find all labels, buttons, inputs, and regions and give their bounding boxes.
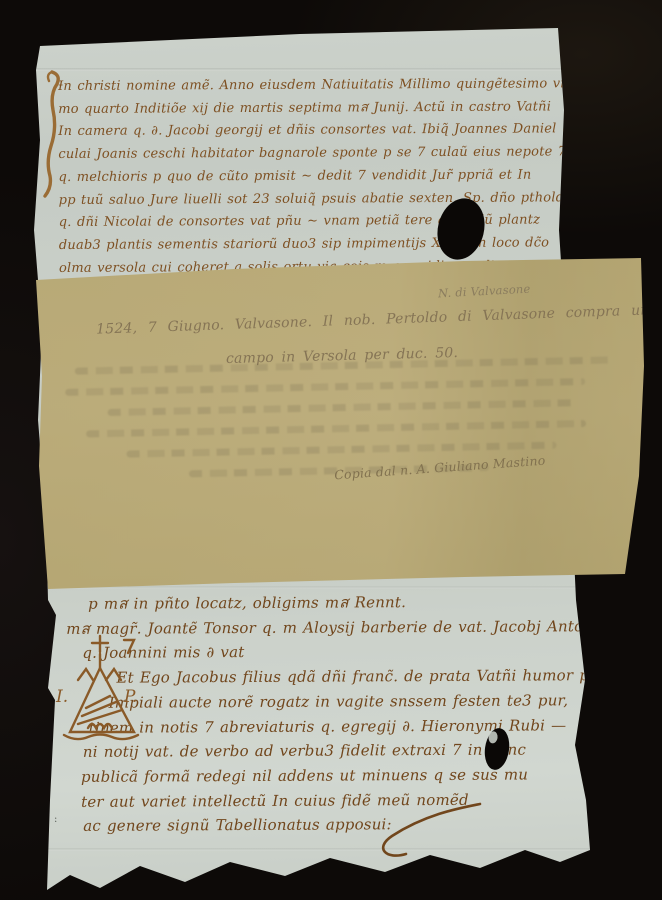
notary-sign-icon: I. P.	[54, 632, 146, 754]
manuscript-line: publicã formã redegi nil addens ut minue…	[53, 762, 617, 790]
manuscript-line: q. dñi Nicolai de consortes vat pñu ∼ vn…	[59, 209, 612, 235]
manuscript-line: Ɨn christi nomine amẽ. Anno eiusdem Nati…	[58, 73, 611, 99]
paper-crease	[30, 68, 592, 71]
manuscript-line: ac genere signũ Tabellionatus apposui:	[53, 811, 617, 839]
notary-initial-left: I.	[55, 687, 68, 707]
manuscript-line: In camera q. ∂. Jacobi georgij et dñis c…	[58, 119, 611, 145]
ghost-text-line	[65, 378, 585, 396]
manuscript-line: q. melchioris p quo de cũto pmisit ∼ ded…	[58, 164, 611, 190]
manuscript-line: pp tuũ saluo Jure liuelli sot 23 soluiq̃…	[59, 187, 612, 213]
notary-initial-right: P.	[123, 687, 137, 707]
slip-regesto-line1: 1524, 7 Giugno. Valvasone. Il nob. Perto…	[96, 302, 650, 337]
manuscript-line: mo quarto Inditiõe xij die martis septim…	[58, 96, 611, 122]
ink-dots: :	[54, 814, 58, 825]
manuscript-line: ter aut variet intellectũ In cuius fidẽ …	[53, 787, 617, 815]
manuscript-line: duab3 plantis sementis stariorũ duo3 sip…	[59, 232, 612, 258]
ghost-text-line	[86, 420, 586, 437]
slip-corner-note: N. di Valvasone	[438, 282, 531, 301]
ghost-text-line	[108, 399, 578, 416]
archival-slip: N. di Valvasone 1524, 7 Giugno. Valvason…	[34, 256, 646, 590]
closing-swash-icon	[348, 802, 498, 858]
ghost-text-line	[126, 442, 556, 458]
manuscript-line: p mส in pñto locatz, obligims mส Rennt.	[52, 589, 616, 617]
photograph-background: Ɨn christi nomine amẽ. Anno eiusdem Nati…	[0, 0, 662, 900]
paper-crease	[30, 848, 592, 851]
manuscript-line: culai Joanis ceschi habitator bagnarole …	[58, 141, 611, 167]
